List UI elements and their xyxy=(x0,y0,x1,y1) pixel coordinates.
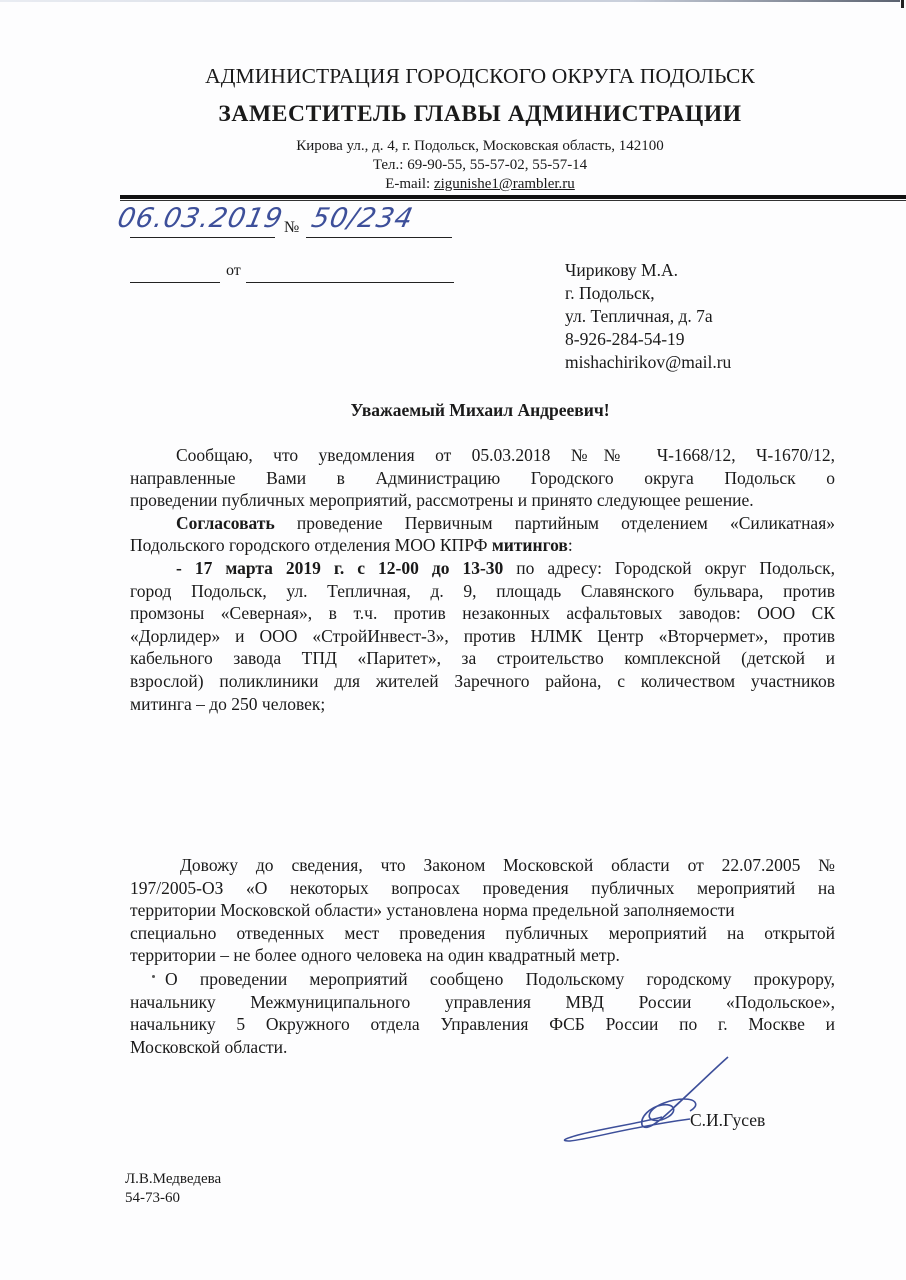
recipient-city: г. Подольск, xyxy=(565,282,731,305)
email-label: E-mail: xyxy=(385,176,434,192)
text-line: Сообщаю, что уведомления от 05.03.2018 №… xyxy=(130,444,835,467)
signature-icon xyxy=(550,1055,780,1145)
rally-datetime: 17 марта 2019 г. с 12-00 до 13-30 xyxy=(195,558,503,578)
handwritten-date: 06.03.2019 xyxy=(115,203,286,234)
letterhead-organization: АДМИНИСТРАЦИЯ ГОРОДСКОГО ОКРУГА ПОДОЛЬСК xyxy=(0,64,906,89)
signatory-name: С.И.Гусев xyxy=(690,1110,765,1131)
paragraph-notice: Довожу до сведения, что Законом Московск… xyxy=(130,854,835,967)
salutation: Уважаемый Михаил Андреевич! xyxy=(0,400,906,421)
text-line: территории Московской области» установле… xyxy=(130,899,835,922)
scan-speck xyxy=(152,975,155,978)
executor-phone: 54-73-60 xyxy=(125,1189,221,1208)
scan-edge-corner xyxy=(901,0,904,8)
rally-line: - 17 марта 2019 г. с 12-00 до 13-30 по а… xyxy=(130,557,835,580)
date-underline xyxy=(130,237,275,238)
reply-number-line xyxy=(130,282,220,283)
letterhead-title: ЗАМЕСТИТЕЛЬ ГЛАВЫ АДМИНИСТРАЦИИ xyxy=(0,101,906,128)
recipient-name: Чирикову М.А. xyxy=(565,259,731,282)
text-line: территории – не более одного человека на… xyxy=(130,944,835,967)
recipient-phone: 8-926-284-54-19 xyxy=(565,328,731,351)
letterhead-email-line: E-mail: zigunishe1@rambler.ru xyxy=(0,176,906,193)
scan-edge xyxy=(0,0,900,2)
recipient-street: ул. Тепличная, д. 7а xyxy=(565,305,731,328)
reply-date-line xyxy=(246,282,454,283)
text-line: 197/2005-ОЗ «О некоторых вопросах провед… xyxy=(130,877,835,900)
number-underline xyxy=(306,237,452,238)
rally-line: взрослой) поликлиники для жителей Заречн… xyxy=(130,670,835,693)
recipient-block: Чирикову М.А. г. Подольск, ул. Тепличная… xyxy=(565,259,731,374)
text-line: проведении публичных мероприятий, рассмо… xyxy=(130,489,835,512)
paragraph-informed: О проведении мероприятий сообщено Подоль… xyxy=(130,968,835,1058)
recipient-email: mishachirikov@mail.ru xyxy=(565,351,731,374)
text-line: направленные Вами в Администрацию Городс… xyxy=(130,467,835,490)
letterhead-phones: Тел.: 69-90-55, 55-57-02, 55-57-14 xyxy=(0,157,906,174)
letterhead-rule-thin xyxy=(120,200,906,201)
reply-to-label: от xyxy=(226,262,241,280)
rallies-bold: митингов xyxy=(492,535,568,555)
rally-line: промзоны «Северная», в т.ч. против незак… xyxy=(130,602,835,625)
handwritten-number: 50/234 xyxy=(309,203,417,234)
rally-line: митинга – до 250 человек; xyxy=(130,693,835,716)
letterhead-rule-thick xyxy=(120,195,906,199)
approve-bold: Согласовать xyxy=(176,513,275,533)
text-line: Довожу до сведения, что Законом Московск… xyxy=(130,854,835,877)
rally-line: кабельного завода ТПД «Паритет», за стро… xyxy=(130,647,835,670)
approval-line: Согласовать проведение Первичным партийн… xyxy=(130,512,835,535)
executor-block: Л.В.Медведева 54-73-60 xyxy=(125,1170,221,1208)
text-line: начальнику Межмуниципального управления … xyxy=(130,991,835,1014)
paragraph-decision: Сообщаю, что уведомления от 05.03.2018 №… xyxy=(130,444,835,715)
rally-line: «Дорлидер» и ООО «СтройИнвест-3», против… xyxy=(130,625,835,648)
text-line: начальнику 5 Окружного отдела Управления… xyxy=(130,1013,835,1036)
executor-name: Л.В.Медведева xyxy=(125,1170,221,1189)
text-line: специально отведенных мест проведения пу… xyxy=(130,922,835,945)
number-label: № xyxy=(284,219,299,237)
text-line: О проведении мероприятий сообщено Подоль… xyxy=(130,968,835,991)
rally-line: город Подольск, ул. Тепличная, д. 9, пло… xyxy=(130,580,835,603)
letterhead-email-link[interactable]: zigunishe1@rambler.ru xyxy=(434,176,575,192)
letterhead-address: Кирова ул., д. 4, г. Подольск, Московска… xyxy=(0,138,906,155)
approval-line: Подольского городского отделения МОО КПР… xyxy=(130,534,835,557)
